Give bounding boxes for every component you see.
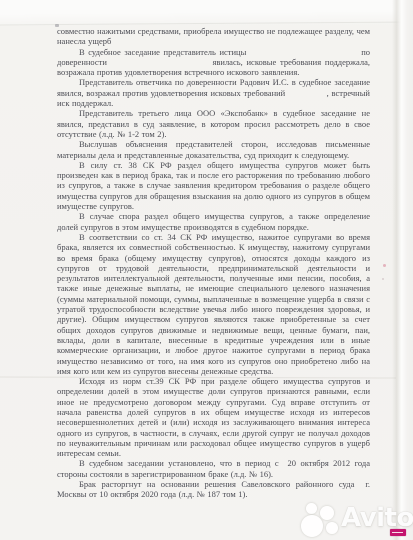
document-photo: совместно нажитыми средствами, приобрела… — [0, 0, 413, 540]
paper-top-edge — [0, 0, 413, 25]
paragraph-8: В соответствии со ст. 34 СК РФ имущество… — [57, 232, 370, 376]
paragraph-9: Исходя из норм ст.39 СК РФ при разделе о… — [57, 376, 370, 458]
paragraph-2: В судебное заседание представитель истиц… — [57, 47, 370, 78]
paragraph-5: Выслушав объяснения представителей сторо… — [57, 139, 370, 160]
document-text-block: совместно нажитыми средствами, приобрела… — [57, 26, 370, 500]
paragraph-1: совместно нажитыми средствами, приобрела… — [57, 26, 370, 47]
paragraph-11: Брак расторгнут на основании решения Сав… — [57, 479, 370, 500]
watermark-badge — [390, 529, 406, 536]
paragraph-4: Представитель третьего лица ООО «Экспоба… — [57, 108, 370, 139]
paper-speck — [383, 264, 386, 267]
paper-right-edge — [392, 0, 413, 540]
avito-logo-icon — [301, 502, 341, 538]
paper-speck — [382, 278, 384, 280]
paragraph-7: В случае спора раздел общего имущества с… — [57, 211, 370, 232]
paragraph-6: В силу ст. 38 СК РФ раздел общего имущес… — [57, 160, 370, 211]
paragraph-10: В судебном заседании установлено, что в … — [57, 458, 370, 479]
paragraph-3: Представитель ответчика по доверенности … — [57, 77, 370, 108]
